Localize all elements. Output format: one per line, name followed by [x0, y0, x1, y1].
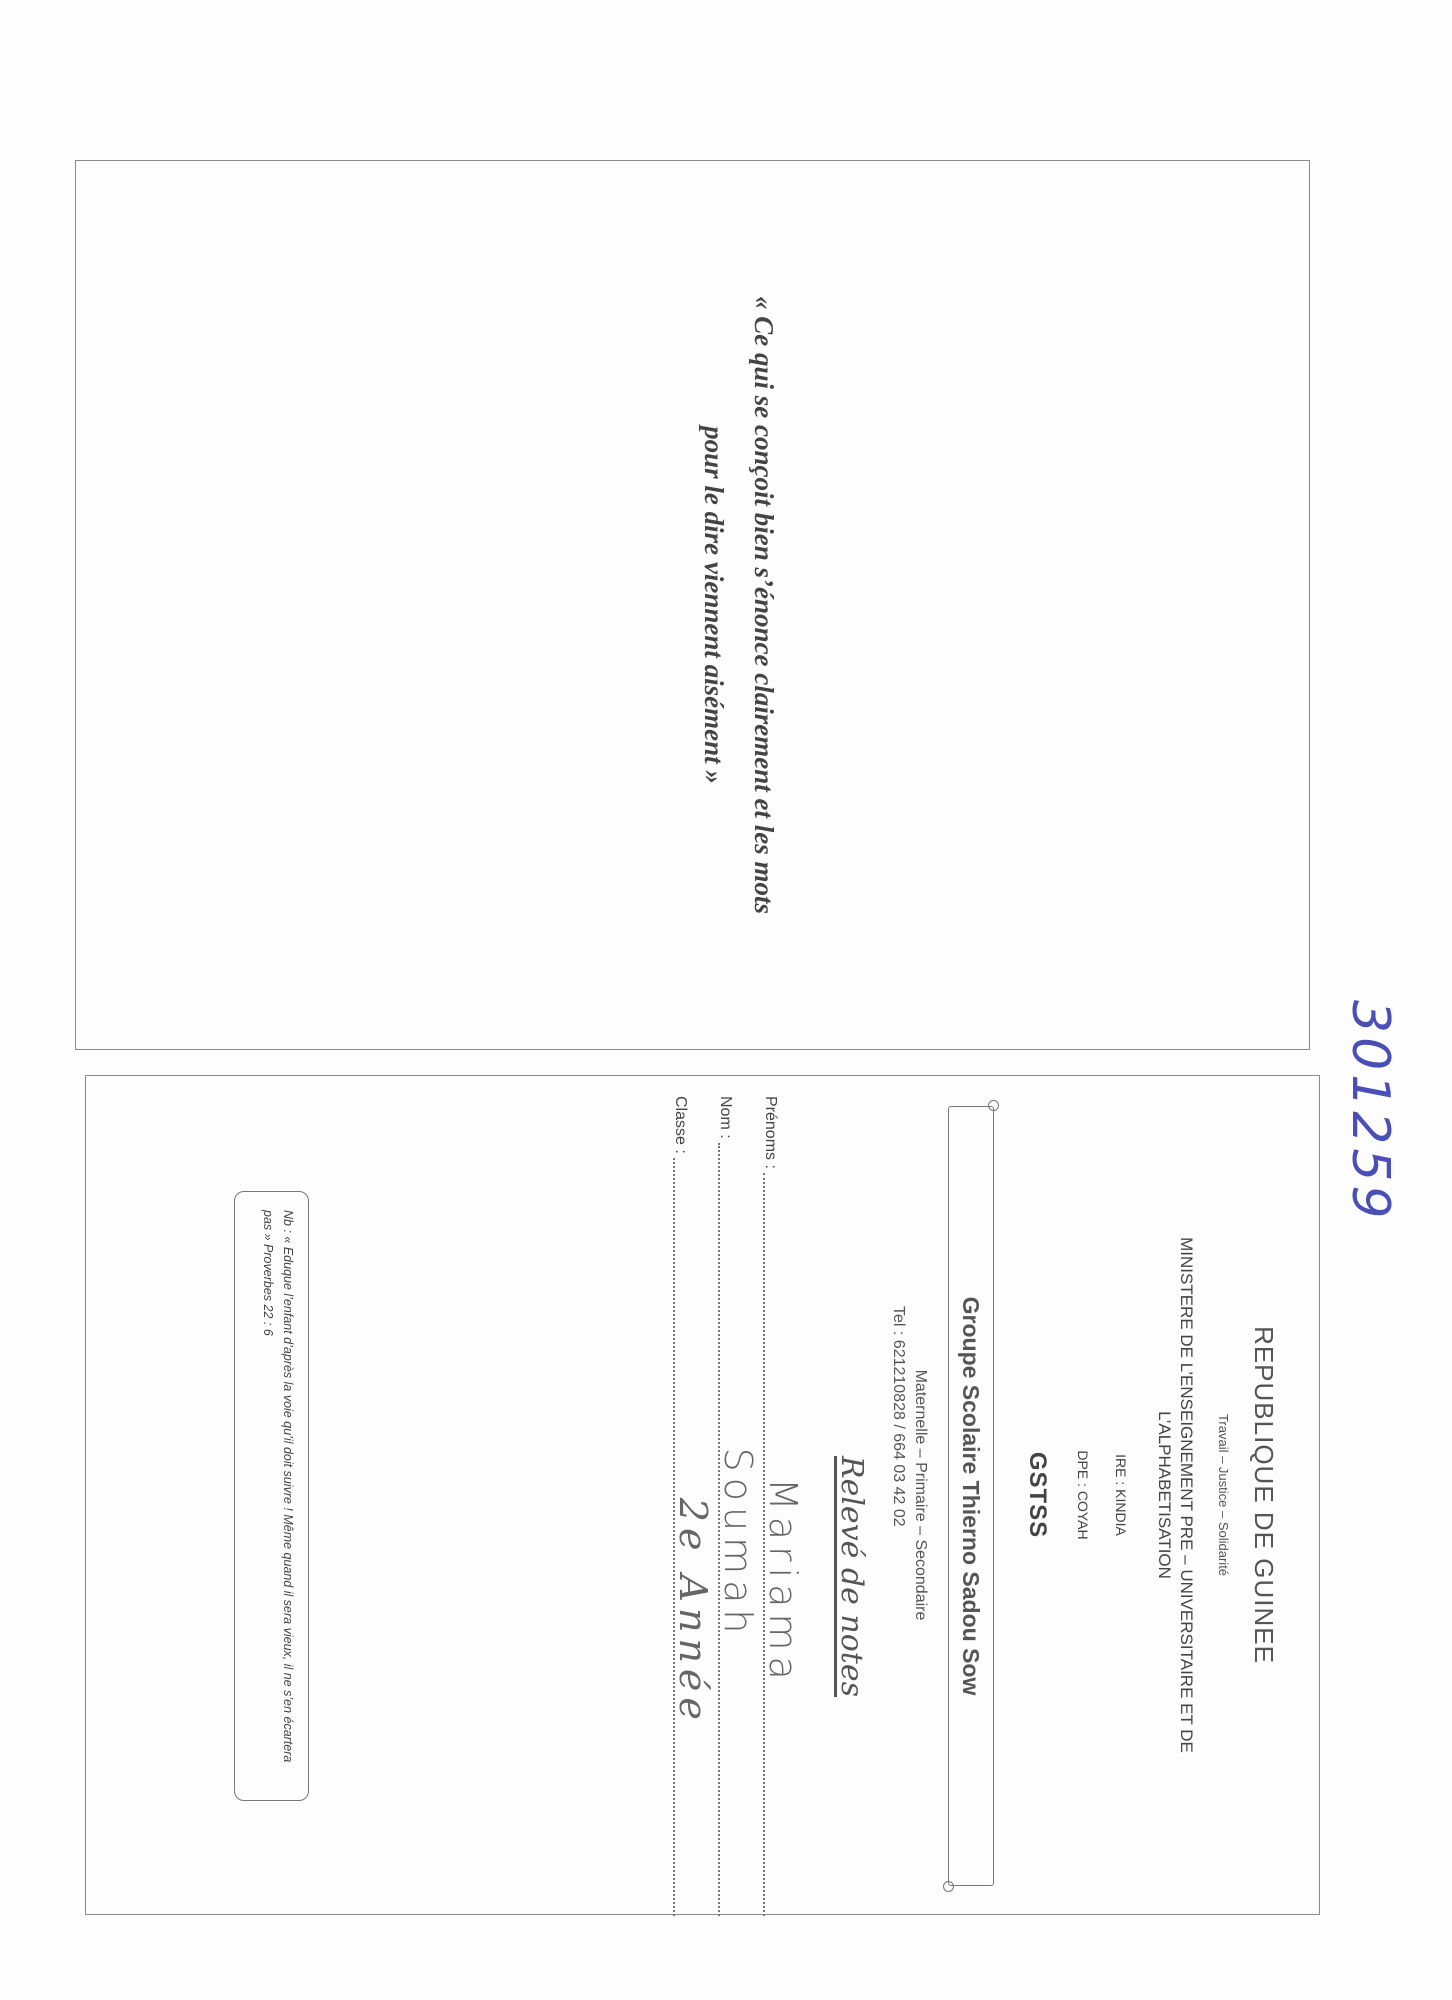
- scroll-curl-icon: [988, 1100, 999, 1111]
- quote-panel: « Ce qui se conçoit bien s’énonce claire…: [75, 160, 1310, 1050]
- classe-label: Classe :: [669, 1096, 689, 1154]
- quote-text: « Ce qui se conçoit bien s’énonce claire…: [689, 161, 789, 1049]
- national-motto: Travail – Justice – Solidarité: [1216, 1076, 1231, 1914]
- nom-field: Nom : Soumah: [714, 1096, 754, 1916]
- school-acronym: GSTSS: [1023, 1076, 1051, 1914]
- school-name-banner: Groupe Scolaire Thierno Sadou Sow: [948, 1106, 994, 1886]
- classe-value: 2e Année: [671, 1498, 715, 1726]
- nom-line: Soumah: [718, 1143, 756, 1916]
- nom-value: Soumah: [716, 1448, 760, 1640]
- school-levels: Maternelle – Primaire – Secondaire: [911, 1076, 929, 1914]
- classe-line: 2e Année: [673, 1158, 711, 1916]
- scroll-curl-icon: [943, 1881, 954, 1892]
- prenoms-value: Mariama: [761, 1478, 805, 1686]
- ire-label: IRE : KINDIA: [1113, 1076, 1129, 1914]
- handwritten-serial-number: 301259: [1340, 1000, 1400, 1223]
- prenoms-field: Prénoms : Mariama: [759, 1096, 799, 1916]
- school-name: Groupe Scolaire Thierno Sadou Sow: [958, 1297, 985, 1696]
- document-title: Relevé de notes: [834, 1456, 869, 1697]
- dpe-label: DPE : COYAH: [1075, 1076, 1091, 1914]
- classe-field: Classe : 2e Année: [669, 1096, 709, 1916]
- school-phone: Tel : 621210828 / 664 03 42 02: [889, 1306, 907, 1527]
- scanned-document-page: « Ce qui se conçoit bien s’énonce claire…: [0, 0, 1452, 2000]
- quote-line-2: pour le dire viennent aisément »: [689, 161, 739, 1049]
- nom-label: Nom :: [714, 1096, 734, 1139]
- ministry-name: MINISTERE DE L’ENSEIGNEMENT PRE – UNIVER…: [1153, 1076, 1197, 1914]
- country-name: REPUBLIQUE DE GUINEE: [1248, 1076, 1279, 1914]
- prenoms-line: Mariama: [763, 1173, 801, 1916]
- quote-line-1: « Ce qui se conçoit bien s’énonce claire…: [749, 296, 779, 914]
- cover-panel: REPUBLIQUE DE GUINEE Travail – Justice –…: [85, 1075, 1320, 1915]
- proverb-note-box: Nb : « Eduque l’enfant d’après la voie q…: [234, 1191, 309, 1801]
- prenoms-label: Prénoms :: [759, 1096, 779, 1169]
